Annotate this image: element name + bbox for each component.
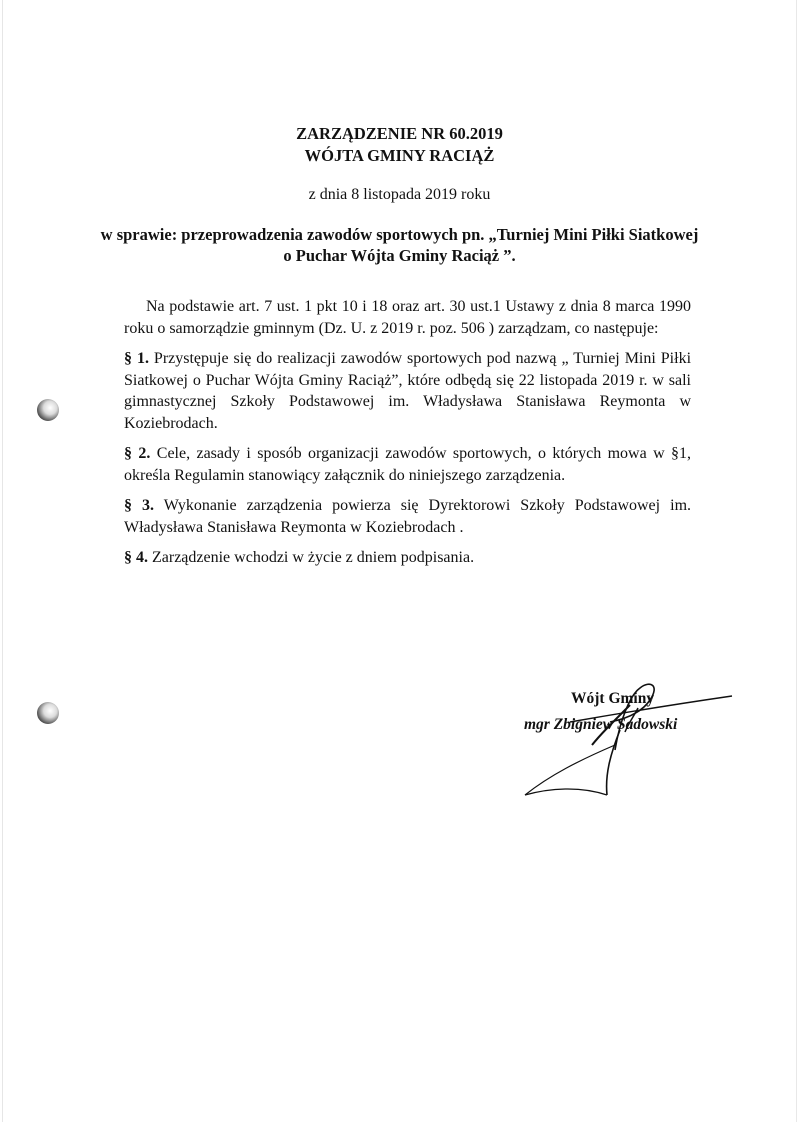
paragraph-label: § 3. [124, 497, 154, 514]
paragraph-4: § 4. Zarządzenie wchodzi w życie z dniem… [124, 547, 691, 569]
preamble: Na podstawie art. 7 ust. 1 pkt 10 i 18 o… [124, 296, 691, 339]
document-title: ZARZĄDZENIE NR 60.2019 [0, 124, 799, 144]
paragraph-text: Wykonanie zarządzenia powierza się Dyrek… [124, 497, 691, 536]
paragraph-text: Cele, zasady i sposób organizacji zawodó… [124, 445, 691, 484]
document-subject: w sprawie: przeprowadzenia zawodów sport… [0, 224, 799, 266]
handwritten-signature-icon [510, 660, 740, 800]
paragraph-label: § 4. [124, 549, 148, 566]
paragraph-text: Zarządzenie wchodzi w życie z dniem podp… [148, 549, 474, 566]
paragraph-text: Przystępuje się do realizacji zawodów sp… [124, 350, 691, 432]
paragraph-3: § 3. Wykonanie zarządzenia powierza się … [124, 495, 691, 538]
punch-hole-icon [37, 702, 59, 724]
paragraph-2: § 2. Cele, zasady i sposób organizacji z… [124, 443, 691, 486]
subject-line-1: w sprawie: przeprowadzenia zawodów sport… [0, 224, 799, 245]
document-issuer: WÓJTA GMINY RACIĄŻ [0, 146, 799, 166]
document-date: z dnia 8 listopada 2019 roku [0, 186, 799, 204]
page-edge-left [2, 0, 3, 1122]
punch-hole-icon [37, 399, 59, 421]
paragraph-1: § 1. Przystępuje się do realizacji zawod… [124, 348, 691, 434]
paragraph-label: § 1. [124, 350, 149, 367]
subject-line-2: o Puchar Wójta Gminy Raciąż ”. [0, 245, 799, 266]
page-edge-right [796, 0, 797, 1122]
paragraph-label: § 2. [124, 445, 150, 462]
